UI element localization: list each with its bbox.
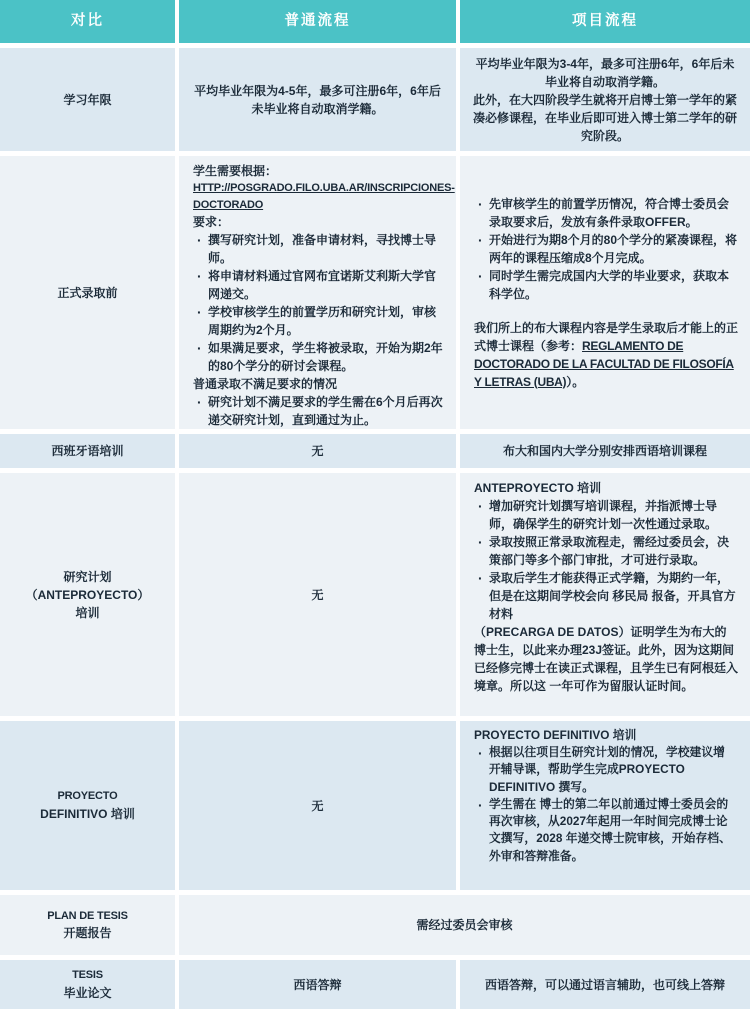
row-spanish-training-label: 西班牙语培训 [0,434,175,468]
list-item: 学生需在 博士的第二年以前通过博士委员会的再次审核，从2027年起用一年时间完成… [474,796,738,865]
project-course-note: 我们所上的布大课程内容是学生录取后才能上的正式博士课程（参考：REGLAMENT… [474,319,738,391]
row-anteproyecto-label: 研究计划（ANTEPROYECTO） 培训 [0,473,175,716]
comparison-table: 对比 普通流程 项目流程 学习年限 平均毕业年限为4-5年，最多可注册6年，6年… [0,0,750,1009]
pre-admission-project-bullets: 先审核学生的前置学历情况，符合博士委员会录取要求后，发放有条件录取OFFER。 … [474,195,738,303]
row-spanish-training-ordinary: 无 [179,434,456,468]
row-pre-admission-label: 正式录取前 [0,156,175,429]
list-item: 录取按照正常录取流程走，需经过委员会，决策部门等多个部门审批，才可进行录取。 [474,533,738,569]
list-item: 学校审核学生的前置学历和研究计划，审核周期约为2个月。 [193,303,444,339]
list-item: 开始进行为期8个月的80个学分的紧凑课程，将两年的课程压缩成8个月完成。 [474,231,738,267]
proyecto-definitivo-bullets: 根据以往项目生研究计划的情况，学校建议增 开辅导课，帮助学生完成PROYECTO… [474,744,738,865]
proyecto-definitivo-label-line2: DEFINITIVO 培训 [40,805,135,823]
row-proyecto-definitivo-project: PROYECTO DEFINITIVO 培训 根据以往项目生研究计划的情况，学校… [460,721,750,890]
anteproyecto-bullets: 增加研究计划撰写培训课程，并指派博士导师，确保学生的研究计划一次性通过录取。 录… [474,497,738,623]
plan-de-tesis-label-line2: 开题报告 [63,924,111,942]
pre-admission-ordinary-bullets: 撰写研究计划，准备申请材料，寻找博士导师。 将申请材料通过官网布宜诺斯艾利斯大学… [193,231,444,375]
header-ordinary-process: 普通流程 [179,0,456,43]
row-pre-admission-ordinary: 学生需要根据： HTTP://POSGRADO.FILO.UBA.AR/INSC… [179,156,456,429]
row-plan-de-tesis-merged: 需经过委员会审核 [179,895,750,955]
list-item: 根据以往项目生研究计划的情况，学校建议增 开辅导课，帮助学生完成PROYECTO… [474,744,738,796]
row-tesis-ordinary: 西语答辩 [179,960,456,1009]
row-study-years-project: 平均毕业年限为3-4年，最多可注册6年，6年后未毕业将自动取消学籍。 此外，在大… [460,48,750,151]
list-item: 如果满足要求，学生将被录取，开始为期2年的80个学分的研讨会课程。 [193,339,444,375]
row-anteproyecto-ordinary: 无 [179,473,456,716]
plan-de-tesis-label-line1: PLAN DE TESIS [47,908,128,925]
note-suffix: ）。 [566,375,584,389]
study-years-project-line2: 此外，在大四阶段学生就将开启博士第一学年的紧凑必修课程，在毕业后即可进入博士第二… [472,91,738,145]
header-compare: 对比 [0,0,175,43]
anteproyecto-heading: ANTEPROYECTO 培训 [474,479,738,497]
inscription-url-link[interactable]: HTTP://POSGRADO.FILO.UBA.AR/INSCRIPCIONE… [193,180,444,213]
row-proyecto-definitivo-label: PROYECTO DEFINITIVO 培训 [0,721,175,890]
proyecto-definitivo-label-line1: PROYECTO [58,788,118,805]
requirements-label: 要求： [193,213,444,231]
pre-admission-intro: 学生需要根据： [193,162,444,180]
row-pre-admission-project: 先审核学生的前置学历情况，符合博士委员会录取要求后，发放有条件录取OFFER。 … [460,156,750,429]
row-proyecto-definitivo-ordinary: 无 [179,721,456,890]
tesis-label-line1: TESIS [72,967,103,984]
row-study-years-ordinary: 平均毕业年限为4-5年，最多可注册6年，6年后未毕业将自动取消学籍。 [179,48,456,151]
anteproyecto-label-line2: 培训 [75,604,99,622]
list-item: 先审核学生的前置学历情况，符合博士委员会录取要求后，发放有条件录取OFFER。 [474,195,738,231]
header-project-process: 项目流程 [460,0,750,43]
row-plan-de-tesis-label: PLAN DE TESIS 开题报告 [0,895,175,955]
proyecto-definitivo-heading: PROYECTO DEFINITIVO 培训 [474,727,738,744]
list-item: 录取后学生才能获得正式学籍，为期约一年，但是在这期间学校会向 移民局 报备，开具… [474,569,738,623]
list-item: 撰写研究计划，准备申请材料，寻找博士导师。 [193,231,444,267]
anteproyecto-paragraph: （PRECARGA DE DATOS）证明学生为布大的博士生，以此来办理23J签… [474,623,738,695]
row-tesis-label: TESIS 毕业论文 [0,960,175,1009]
list-item: 研究计划不满足要求的学生需在6个月后再次递交研究计划，直到通过为止。 [193,393,444,429]
pre-admission-fail-bullets: 研究计划不满足要求的学生需在6个月后再次递交研究计划，直到通过为止。 通过后方可… [193,393,444,429]
row-tesis-project: 西语答辩，可以通过语言辅助，也可线上答辩 [460,960,750,1009]
row-anteproyecto-project: ANTEPROYECTO 培训 增加研究计划撰写培训课程，并指派博士导师，确保学… [460,473,750,716]
tesis-label-line2: 毕业论文 [63,984,111,1002]
study-years-project-line1: 平均毕业年限为3-4年，最多可注册6年，6年后未毕业将自动取消学籍。 [472,55,738,91]
row-spanish-training-project: 布大和国内大学分别安排西语培训课程 [460,434,750,468]
anteproyecto-label-line1: 研究计划（ANTEPROYECTO） [12,568,163,604]
list-item: 增加研究计划撰写培训课程，并指派博士导师，确保学生的研究计划一次性通过录取。 [474,497,738,533]
fail-case-label: 普通录取不满足要求的情况 [193,375,444,393]
list-item: 将申请材料通过官网布宜诺斯艾利斯大学官网递交。 [193,267,444,303]
row-study-years-label: 学习年限 [0,48,175,151]
list-item: 同时学生需完成国内大学的毕业要求，获取本科学位。 [474,267,738,303]
